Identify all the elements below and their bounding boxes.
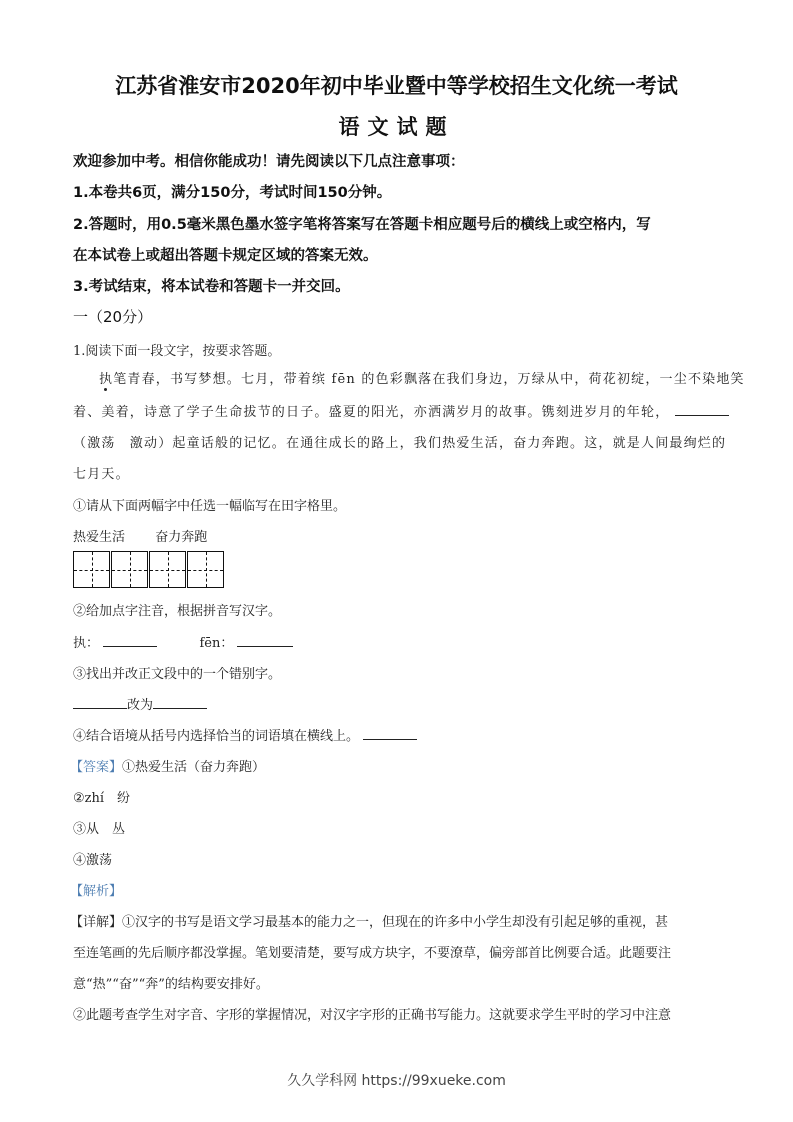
sub-question-4-prompt: ④结合语境从括号内选择恰当的词语填在横线上。 [73,729,359,744]
footer-watermark: 久久学科网 https://99xueke.com [0,1070,793,1090]
answer-4: ④激荡 [73,849,112,868]
answer-3: ③从 丛 [73,818,125,837]
tian-cell[interactable] [149,551,186,588]
analysis-p2-line-1: ②此题考查学生对字音、字形的掌握情况，对汉字字形的正确书写能力。这就要求学生平时… [73,1004,671,1023]
passage-line-4: 七月天。 [73,463,130,482]
passage-line-2: 着、美着，诗意了学子生命拔节的日子。盛夏的阳光，亦洒满岁月的故事。镌刻进岁月的年… [73,401,729,420]
tian-cell[interactable] [73,551,110,588]
answer-tag: 【答案】 [70,760,122,775]
exam-subtitle: 语文试题 [0,111,793,141]
question-1-prompt: 1.阅读下面一段文字，按要求答题。 [73,340,280,359]
pinyin-answer-row: 执： fēn： [73,632,293,651]
notice-item-2-line-2: 在本试卷上或超出答题卡规定区域的答案无效。 [73,244,378,265]
sub-question-2-prompt: ②给加点字注音，根据拼音写汉字。 [73,600,281,619]
notice-item-1: 1.本卷共6页，满分150分，考试时间150分钟。 [73,181,391,202]
answer-blank[interactable] [675,403,729,416]
notice-intro: 欢迎参加中考。相信你能成功！请先阅读以下几点注意事项： [73,150,465,171]
sub-question-4-row: ④结合语境从括号内选择恰当的词语填在横线上。 [73,725,417,744]
option-b: 奋力奔跑 [155,530,207,545]
tian-grid [73,551,225,588]
correction-row: 改为 [73,694,207,713]
correct-char-blank[interactable] [153,696,207,709]
label-zhi: 执： [73,636,99,651]
answer-blank-4[interactable] [363,727,417,740]
answer-line-1: 【答案】①热爱生活（奋力奔跑） [70,756,265,775]
detail-tag: 【详解】 [70,915,122,930]
wrong-char-blank[interactable] [73,696,127,709]
passage-line-3: （激荡 激动）起童话般的记忆。在通往成长的路上，我们热爱生活，奋力奔跑。这，就是… [73,432,726,451]
tian-cell[interactable] [111,551,148,588]
notice-item-2-line-1: 2.答题时，用0.5毫米黑色墨水签字笔将答案写在答题卡相应题号后的横线上或空格内… [73,213,651,234]
exam-title: 江苏省淮安市2020年初中毕业暨中等学校招生文化统一考试 [0,70,793,100]
analysis-p1-line-3: 意“热”“奋”“奔”的结构要安排好。 [73,973,269,992]
analysis-p1-line-2: 至连笔画的先后顺序都没掌握。笔划要清楚，要写成方块字，不要潦草，偏旁部首比例要合… [73,942,671,961]
answer-blank-zhi[interactable] [103,634,157,647]
passage-line-2-text: 着、美着，诗意了学子生命拔节的日子。盛夏的阳光，亦洒满岁月的故事。镌刻进岁月的年… [73,405,669,420]
section-heading: 一（20分） [73,306,152,327]
sub-question-1-prompt: ①请从下面两幅字中任选一幅临写在田字格里。 [73,495,346,514]
notice-item-3: 3.考试结束，将本试卷和答题卡一并交回。 [73,275,350,296]
tian-cell[interactable] [187,551,224,588]
passage-line-1: 执笔青春，书写梦想。七月，带着缤 fēn 的色彩飘落在我们身边，万绿从中，荷花初… [99,368,745,387]
correction-connector: 改为 [127,698,153,713]
calligraphy-options: 热爱生活 奋力奔跑 [73,526,207,545]
sub-question-3-prompt: ③找出并改正文段中的一个错别字。 [73,663,281,682]
analysis-p1-line-1-text: ①汉字的书写是语文学习最基本的能力之一，但现在的许多中小学生却没有引起足够的重视… [122,915,668,930]
answer-blank-fen[interactable] [237,634,293,647]
label-fen: fēn： [199,636,233,651]
analysis-tag: 【解析】 [70,880,122,899]
answer-1: ①热爱生活（奋力奔跑） [122,760,265,775]
option-a: 热爱生活 [73,530,125,545]
emphasis-dot-mark [104,388,107,391]
answer-2: ②zhí 纷 [73,787,130,806]
analysis-p1-line-1: 【详解】①汉字的书写是语文学习最基本的能力之一，但现在的许多中小学生却没有引起足… [70,911,668,930]
